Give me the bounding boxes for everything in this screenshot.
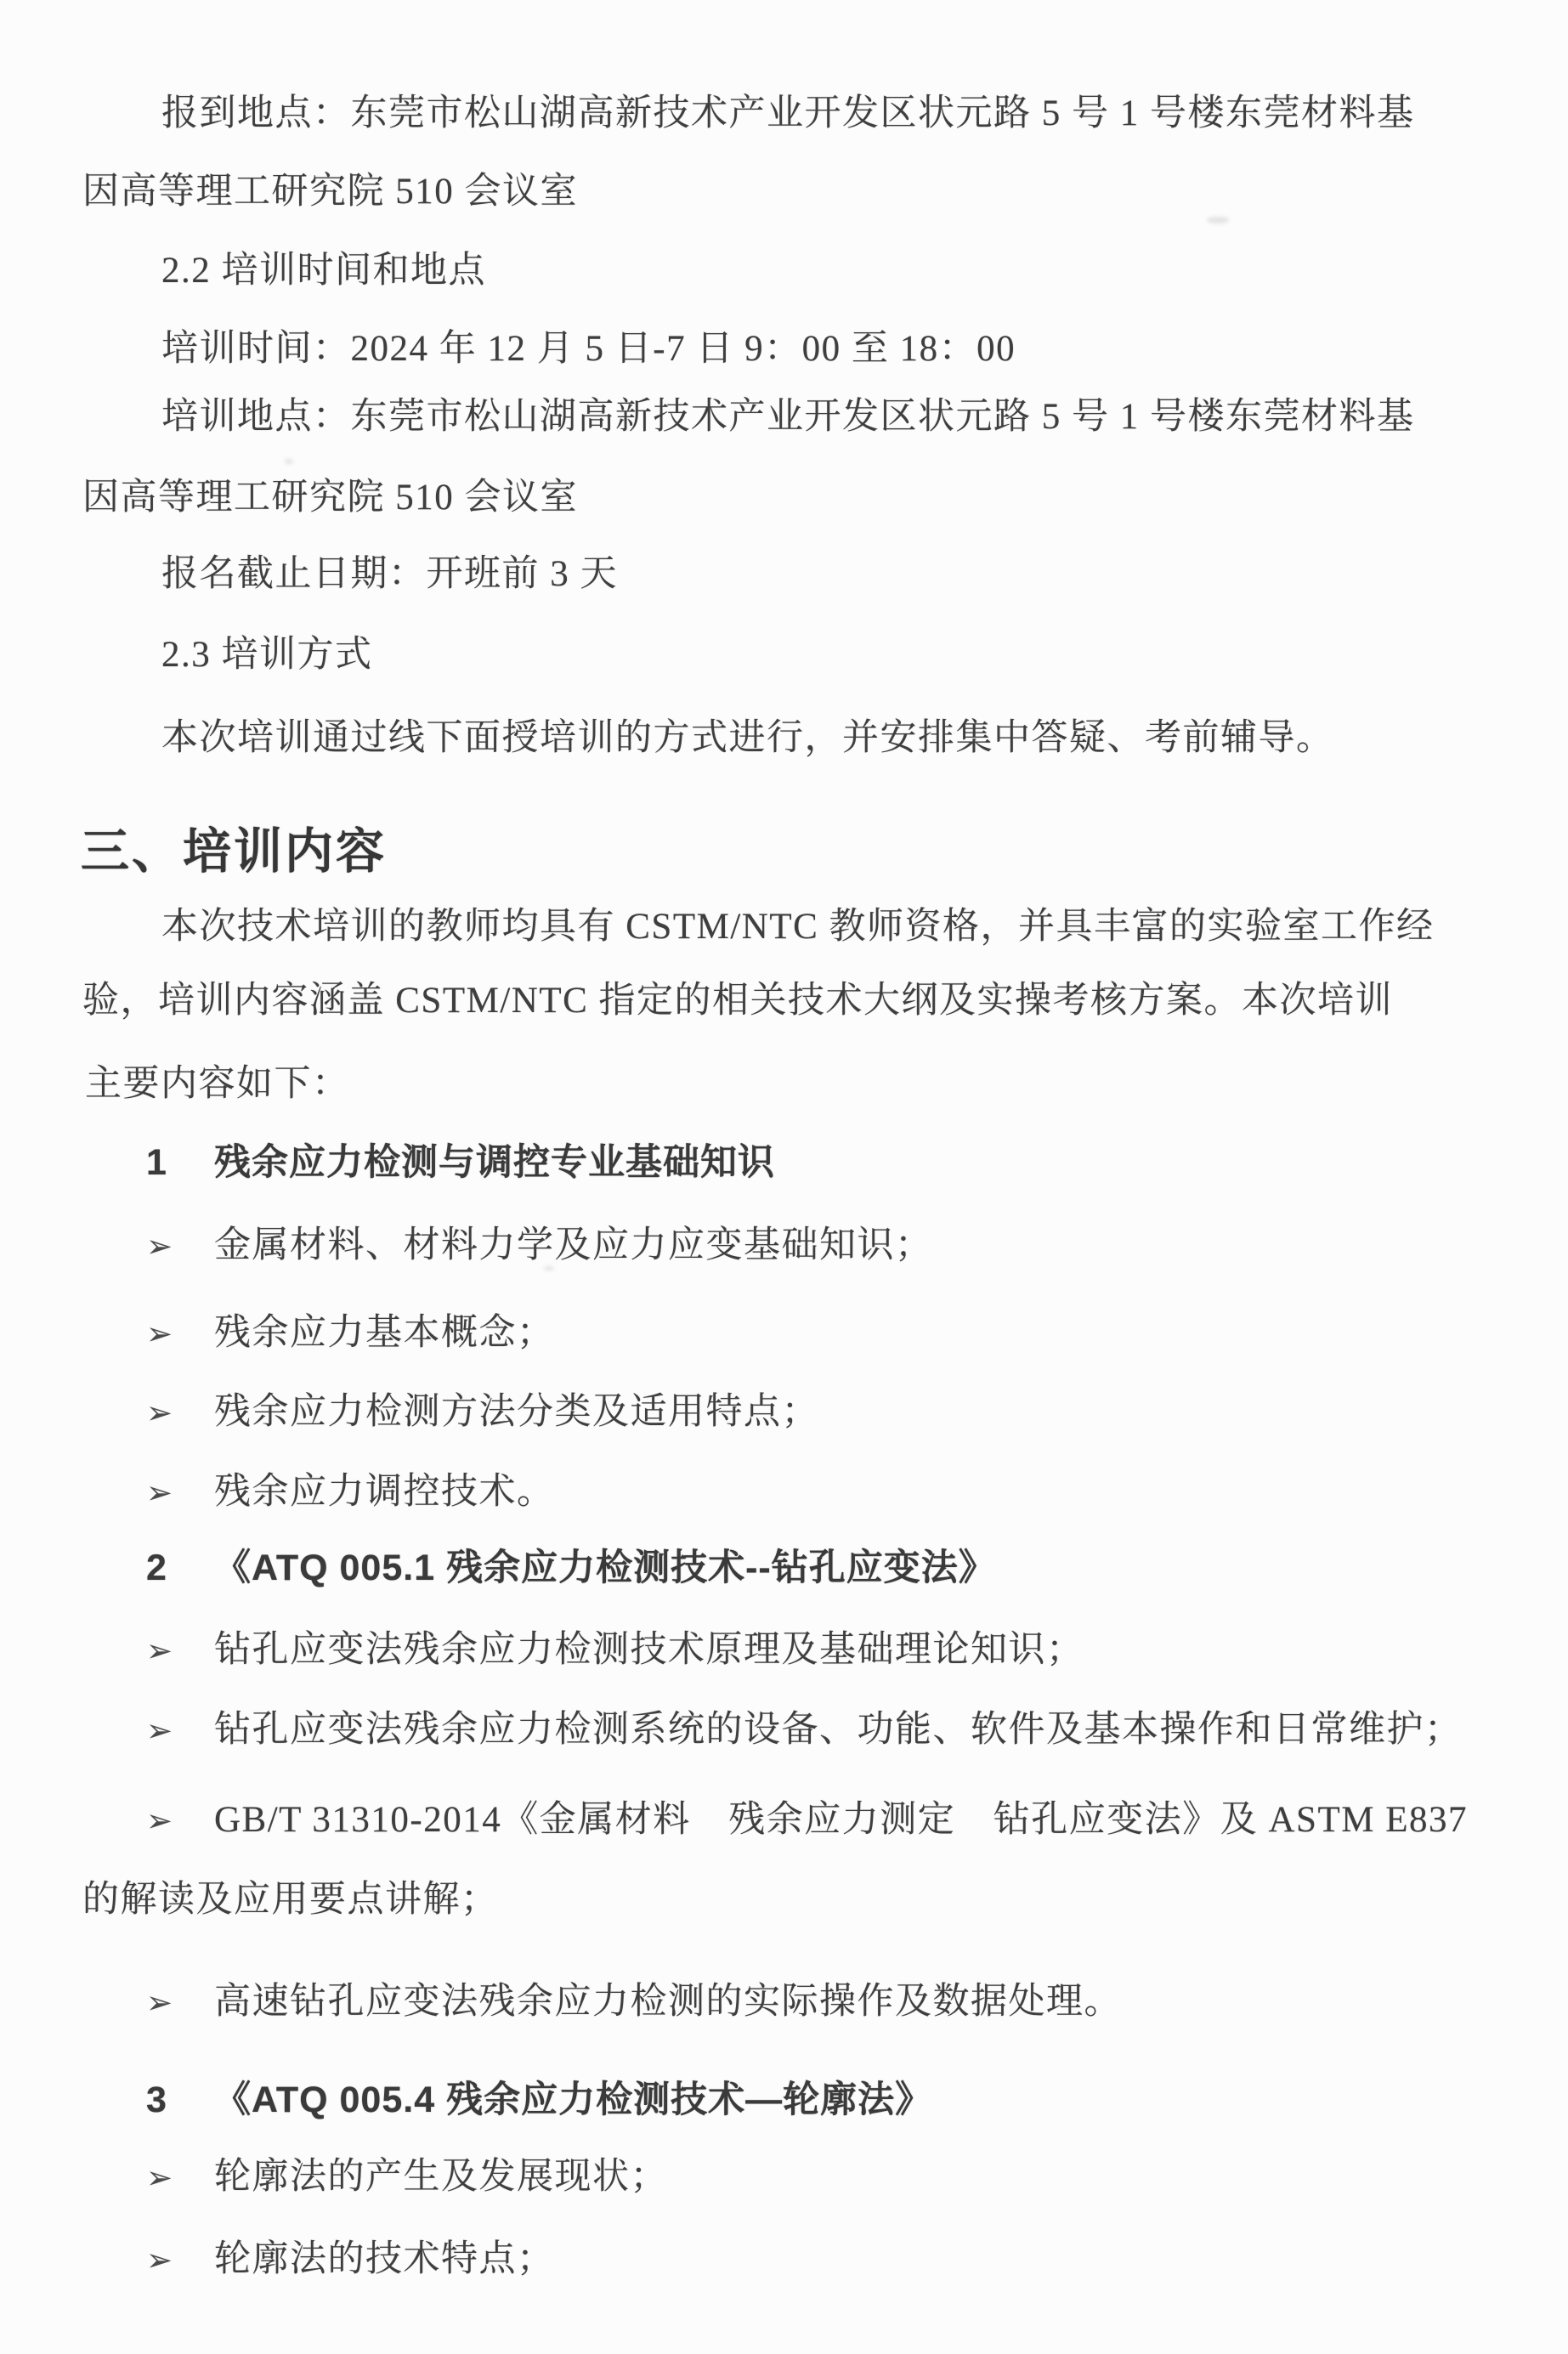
bullet-text: 钻孔应变法残余应力检测技术原理及基础理论知识； bbox=[214, 1630, 1084, 1670]
bullet-text: 残余应力调控技术。 bbox=[214, 1472, 555, 1512]
arrow-bullet-icon: ➢ bbox=[146, 2242, 214, 2279]
bullet-text: 钻孔应变法残余应力检测系统的设备、功能、软件及基本操作和日常维护； bbox=[214, 1710, 1463, 1750]
intro-line3: 主要内容如下： bbox=[85, 1062, 350, 1106]
report-location-line1: 报到地点：东莞市松山湖高新技术产业开发区状元路 5 号 1 号楼东莞材料基 bbox=[161, 92, 1415, 136]
bullet-text: GB/T 31310-2014《金属材料 残余应力测定 钻孔应变法》及 ASTM… bbox=[214, 1800, 1468, 1840]
item-title: 残余应力检测与调控专业基础知识 bbox=[214, 1142, 775, 1183]
arrow-bullet-icon: ➢ bbox=[146, 1802, 214, 1840]
report-location-line2: 因高等理工研究院 510 会议室 bbox=[82, 170, 578, 214]
arrow-bullet-icon: ➢ bbox=[146, 2159, 214, 2197]
arrow-bullet-icon: ➢ bbox=[146, 1474, 214, 1512]
arrow-bullet-icon: ➢ bbox=[146, 1316, 214, 1353]
numbered-item-1: 1残余应力检测与调控专业基础知识 bbox=[146, 1141, 775, 1185]
intro-line2: 验，培训内容涵盖 CSTM/NTC 指定的相关技术大纲及实操考核方案。本次培训 bbox=[82, 979, 1393, 1023]
numbered-item-2: 2《ATQ 005.1 残余应力检测技术--钻孔应变法》 bbox=[146, 1547, 996, 1591]
bullet-text: 金属材料、材料力学及应力应变基础知识； bbox=[214, 1225, 933, 1265]
item-number: 3 bbox=[146, 2079, 214, 2123]
arrow-bullet-icon: ➢ bbox=[146, 1633, 214, 1670]
bullet-text: 残余应力检测方法分类及适用特点； bbox=[214, 1392, 819, 1432]
method-paragraph: 本次培训通过线下面授培训的方式进行，并安排集中答疑、考前辅导。 bbox=[161, 716, 1334, 761]
heading-2-3: 2.3 培训方式 bbox=[161, 633, 373, 677]
arrow-bullet-icon: ➢ bbox=[146, 1395, 214, 1432]
numbered-item-3: 3《ATQ 005.4 残余应力检测技术—轮廓法》 bbox=[146, 2079, 932, 2123]
bullet-item: ➢金属材料、材料力学及应力应变基础知识； bbox=[146, 1224, 933, 1268]
deadline-line: 报名截止日期：开班前 3 天 bbox=[161, 552, 618, 597]
item-number: 1 bbox=[146, 1141, 214, 1185]
bullet-item: ➢残余应力基本概念； bbox=[146, 1311, 555, 1355]
heading-2-2: 2.2 培训时间和地点 bbox=[161, 249, 486, 293]
scan-artifact bbox=[285, 459, 293, 464]
arrow-bullet-icon: ➢ bbox=[146, 1228, 214, 1265]
bullet-text: 轮廓法的技术特点； bbox=[214, 2239, 555, 2279]
item-title: 《ATQ 005.4 残余应力检测技术—轮廓法》 bbox=[214, 2080, 932, 2120]
arrow-bullet-icon: ➢ bbox=[146, 1984, 214, 2022]
item-number: 2 bbox=[146, 1547, 214, 1591]
bullet-item: ➢高速钻孔应变法残余应力检测的实际操作及数据处理。 bbox=[146, 1980, 1122, 2024]
training-location-line2: 因高等理工研究院 510 会议室 bbox=[82, 476, 578, 520]
training-location-line1: 培训地点：东莞市松山湖高新技术产业开发区状元路 5 号 1 号楼东莞材料基 bbox=[161, 395, 1415, 439]
bullet-item: ➢钻孔应变法残余应力检测技术原理及基础理论知识； bbox=[146, 1628, 1084, 1672]
bullet-text: 残余应力基本概念； bbox=[214, 1313, 555, 1353]
section-3-heading: 三、培训内容 bbox=[81, 823, 387, 880]
item-title: 《ATQ 005.1 残余应力检测技术--钻孔应变法》 bbox=[214, 1548, 996, 1588]
bullet-item: ➢残余应力调控技术。 bbox=[146, 1470, 555, 1514]
bullet-text-continuation: 的解读及应用要点讲解； bbox=[82, 1878, 499, 1922]
intro-line1: 本次技术培训的教师均具有 CSTM/NTC 教师资格，并具丰富的实验室工作经 bbox=[161, 905, 1435, 949]
bullet-text: 轮廓法的产生及发展现状； bbox=[214, 2157, 668, 2197]
bullet-item: ➢残余应力检测方法分类及适用特点； bbox=[146, 1390, 819, 1434]
scan-artifact bbox=[544, 1266, 554, 1270]
scanned-document-page: 报到地点：东莞市松山湖高新技术产业开发区状元路 5 号 1 号楼东莞材料基 因高… bbox=[0, 0, 1568, 2354]
bullet-text: 高速钻孔应变法残余应力检测的实际操作及数据处理。 bbox=[214, 1982, 1122, 2022]
bullet-item: ➢轮廓法的技术特点； bbox=[146, 2238, 555, 2282]
bullet-item: ➢GB/T 31310-2014《金属材料 残余应力测定 钻孔应变法》及 AST… bbox=[146, 1798, 1468, 1842]
bullet-item: ➢钻孔应变法残余应力检测系统的设备、功能、软件及基本操作和日常维护； bbox=[146, 1708, 1463, 1752]
bullet-item: ➢轮廓法的产生及发展现状； bbox=[146, 2155, 668, 2199]
scan-artifact bbox=[1207, 217, 1229, 224]
training-time-line: 培训时间：2024 年 12 月 5 日-7 日 9：00 至 18：00 bbox=[161, 327, 1016, 371]
arrow-bullet-icon: ➢ bbox=[146, 1712, 214, 1750]
